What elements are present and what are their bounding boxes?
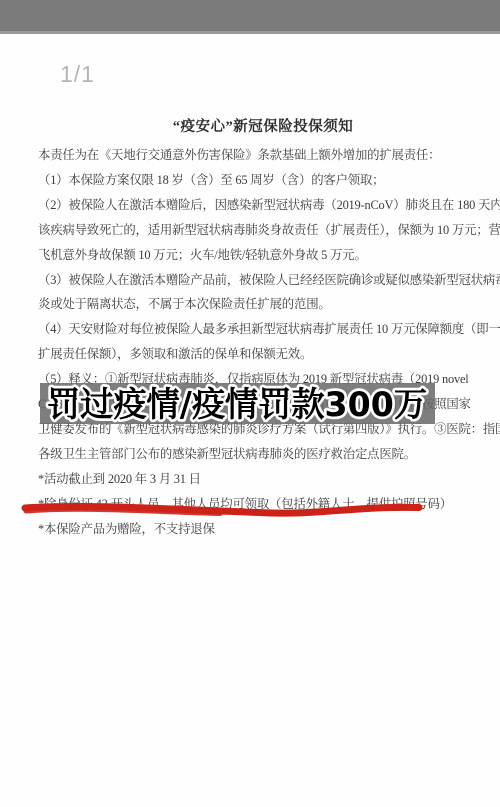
red-underline-svg	[20, 501, 426, 517]
red-underline-mark	[20, 501, 426, 517]
doc-line: （3）被保险人在激活本赠险产品前，被保险人已经经医院确诊或疑似感染新型冠状病毒肺	[38, 268, 488, 293]
doc-line: 炎或处于隔离状态，不属于本次保险责任扩展的范围。	[38, 292, 488, 317]
page-indicator: 1/1	[60, 61, 95, 88]
doc-title: “疫安心”新冠保险投保须知	[13, 115, 500, 136]
doc-line: *活动截止到 2020 年 3 月 31 日	[38, 467, 488, 492]
doc-line: 该疾病导致死亡的，适用新型冠状病毒肺炎身故责任（扩展责任），保额为 10 万元；…	[38, 218, 488, 243]
top-bar	[0, 0, 500, 34]
doc-line: 本责任为在《天地行交通意外伤害保险》条款基础上额外增加的扩展责任：	[38, 143, 488, 168]
doc-line: （4）天安财险对每位被保险人最多承担新型冠状病毒扩展责任 10 万元保障额度（即…	[38, 317, 488, 342]
doc-line: （2）被保险人在激活本赠险后，因感染新型冠状病毒（2019-nCoV）肺炎且在 …	[38, 193, 488, 218]
doc-line: 各级卫生主管部门公布的感染新型冠状病毒肺炎的医疗救治定点医院。	[38, 442, 488, 467]
document-viewer[interactable]: 1/1 “疫安心”新冠保险投保须知 本责任为在《天地行交通意外伤害保险》条款基础…	[0, 37, 500, 807]
doc-line: 飞机意外身故保额 10 万元；火车/地铁/轻轨意外身故 5 万元。	[38, 243, 488, 268]
watermark-caption-svg: 罚过疫情/疫情罚款300万	[40, 383, 435, 424]
doc-line: *本保险产品为赠险，不支持退保	[38, 517, 488, 542]
watermark-caption-banner: 罚过疫情/疫情罚款300万	[40, 383, 435, 424]
doc-body: 本责任为在《天地行交通意外伤害保险》条款基础上额外增加的扩展责任： （1）本保险…	[38, 143, 488, 542]
watermark-caption-text: 罚过疫情/疫情罚款300万	[47, 385, 427, 424]
doc-line: 扩展责任保额），多领取和激活的保单和保额无效。	[38, 342, 488, 367]
doc-line: （1）本保险方案仅限 18 岁（含）至 65 周岁（含）的客户领取；	[38, 168, 488, 193]
